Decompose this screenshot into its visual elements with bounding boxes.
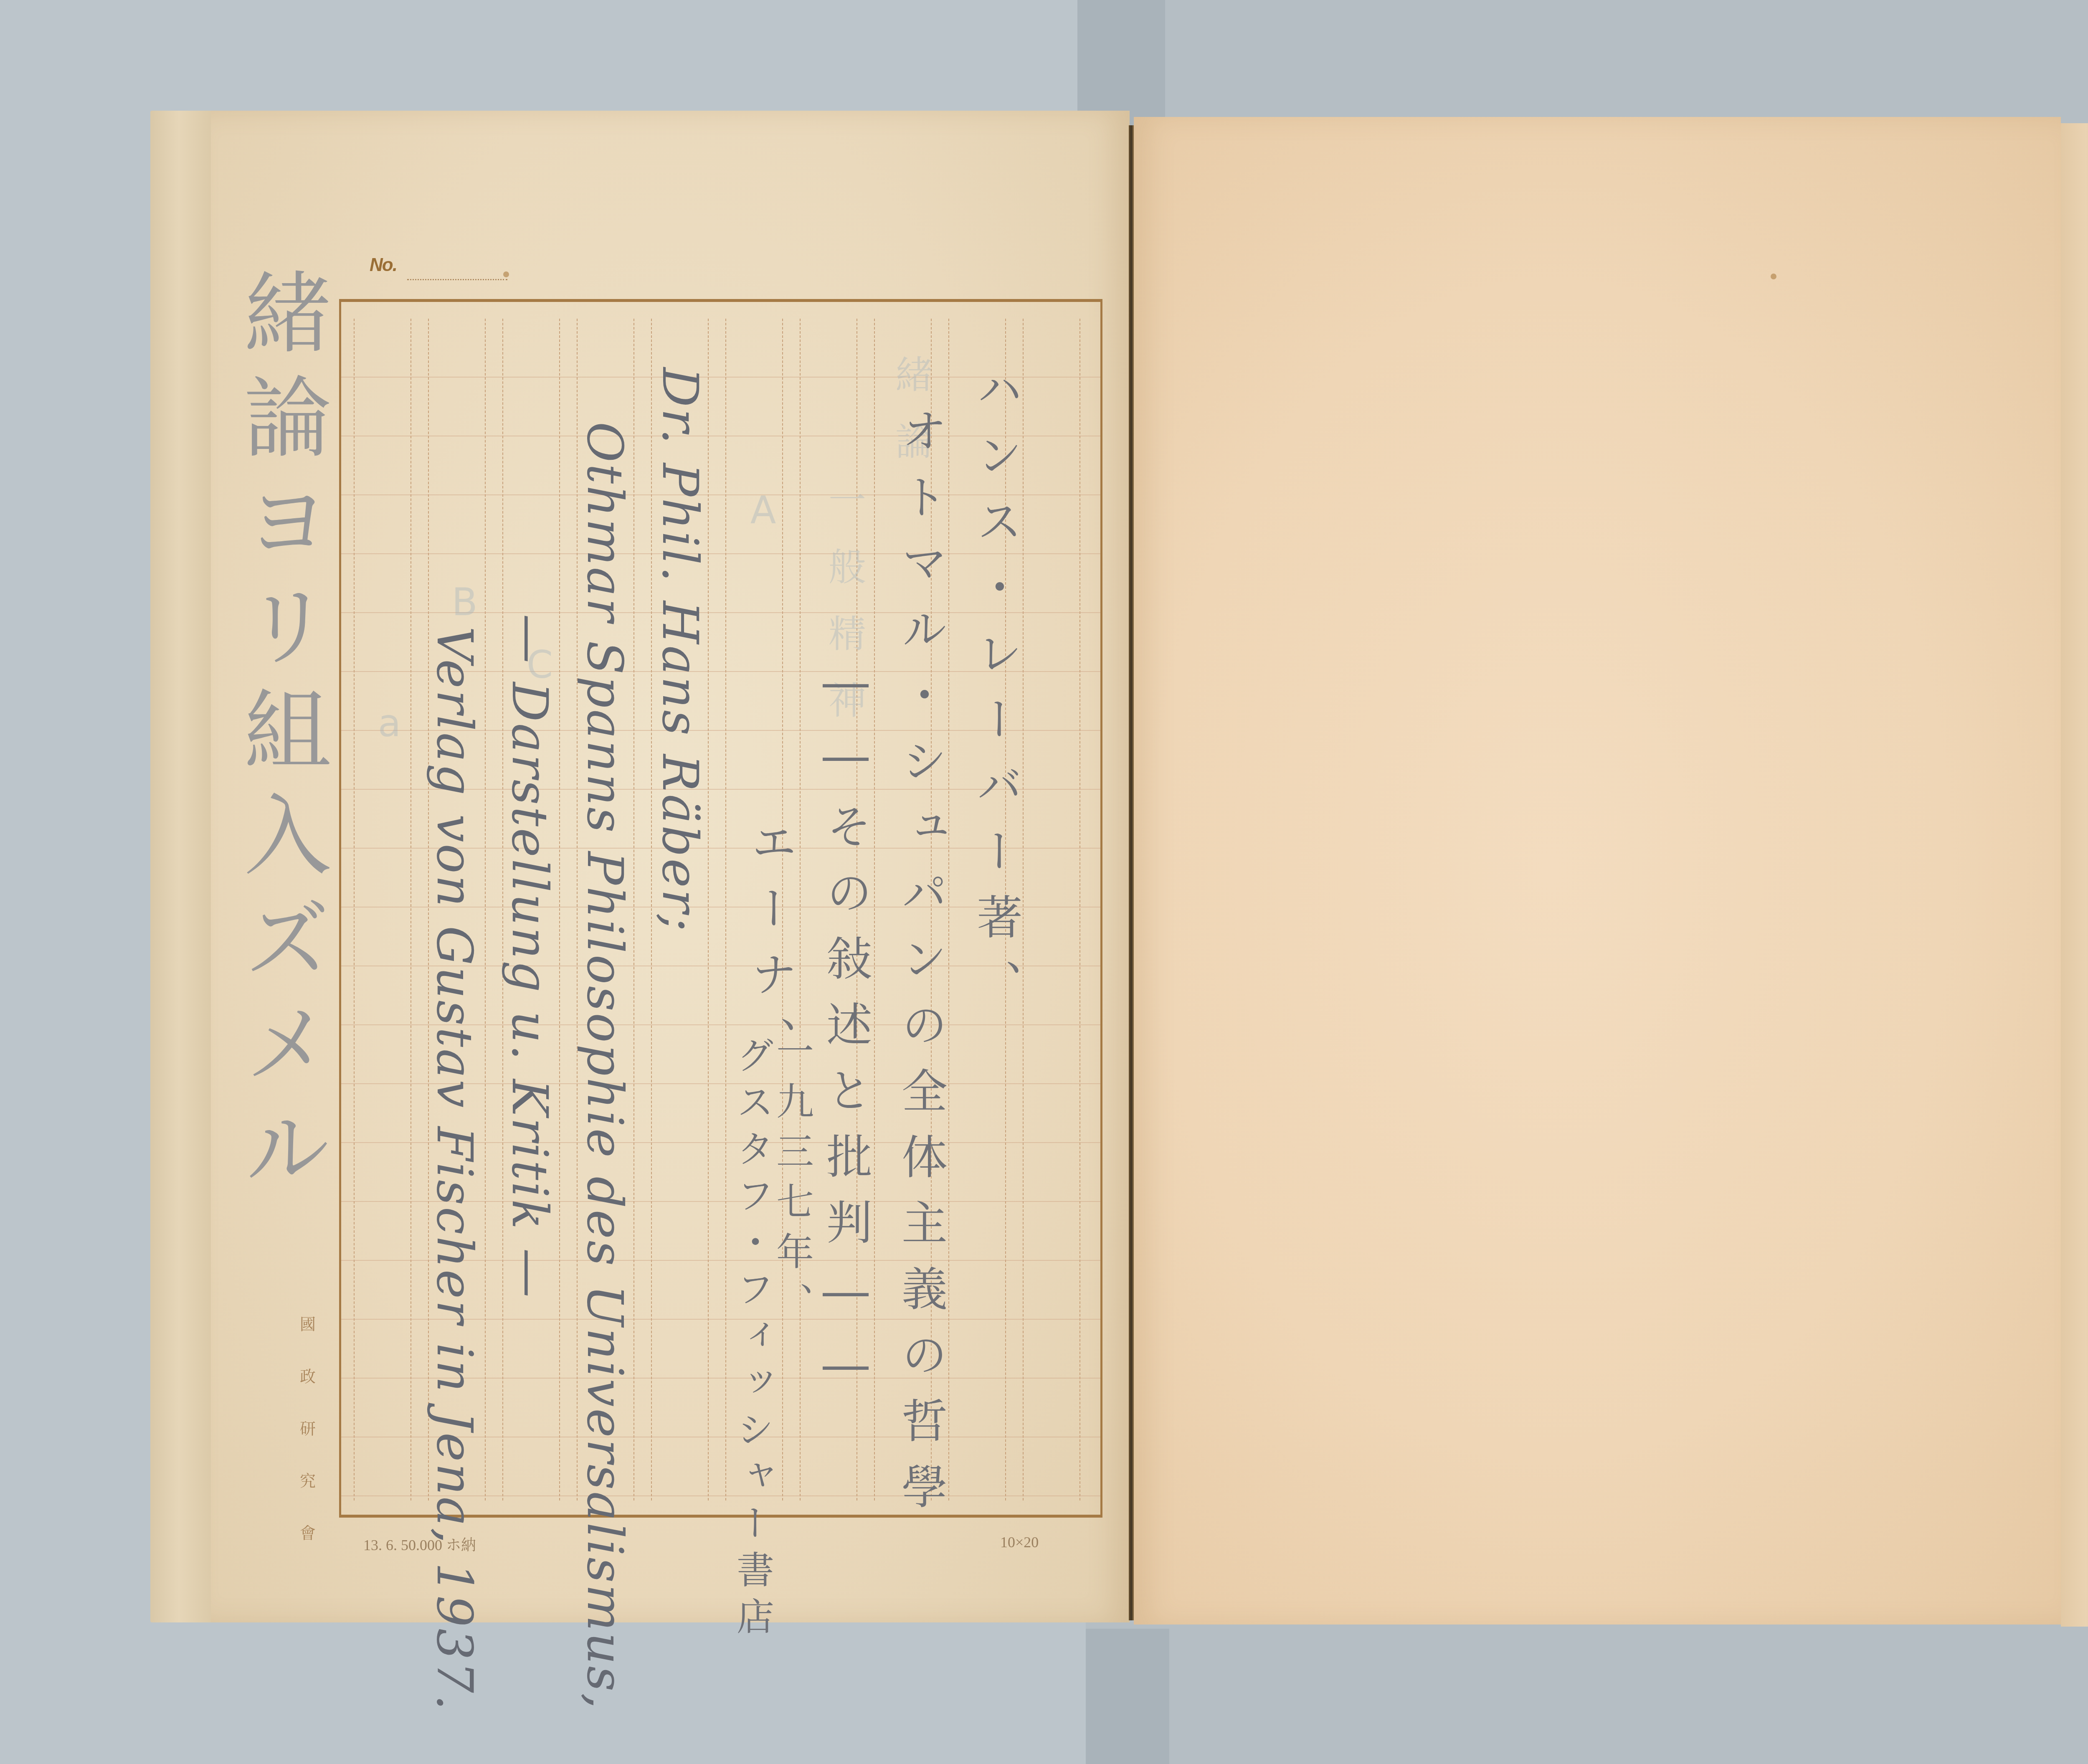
grid-size-label: 10×20 <box>1000 1533 1039 1551</box>
stamp-char: 政 <box>300 1364 316 1386</box>
publisher-stamp: 國 政 研 究 會 <box>297 1311 318 1543</box>
handwritten-line-publisher-de: Verlag von Gustav Fischer in Jena, 1937. <box>426 626 484 1712</box>
stamp-char: 究 <box>300 1468 316 1491</box>
foxing-spot <box>503 271 509 277</box>
handwritten-line-title-de: Othmar Spanns Philosophie des Universali… <box>576 422 634 1711</box>
book-gutter <box>1129 125 1134 1620</box>
handwritten-line-subtitle: ――その敍述と批判―― <box>823 656 869 1412</box>
background-strip-top <box>1077 0 1165 125</box>
handwritten-line-author: ハンス・レーバー著、 <box>973 365 1019 1025</box>
handwritten-line-subtitle-de: — Darstellung u. Kritik — <box>501 614 559 1299</box>
margin-pencil-note: 緒論ヨリ組入ズメル <box>217 267 343 1207</box>
number-label: No. <box>370 255 397 276</box>
right-page-stack-edge <box>2061 123 2088 1627</box>
show-through-text: a <box>367 702 411 775</box>
stamp-char: 國 <box>300 1311 316 1334</box>
handwritten-line-author-de: Dr. Phil. Hans Räber; <box>651 367 709 933</box>
number-field-line <box>407 279 507 280</box>
handwritten-line-title: オトマル・シュパンの全体主義の哲學 <box>898 407 944 1529</box>
handwritten-line-publisher: グスタフ・フィッシャー書店 <box>725 1036 779 1644</box>
stamp-char: 會 <box>300 1520 316 1543</box>
stamp-char: 研 <box>300 1416 316 1439</box>
right-page <box>1134 117 2061 1625</box>
show-through-text: A <box>741 489 785 562</box>
background-strip-bottom <box>1086 1629 1169 1764</box>
foxing-spot <box>1771 274 1776 279</box>
